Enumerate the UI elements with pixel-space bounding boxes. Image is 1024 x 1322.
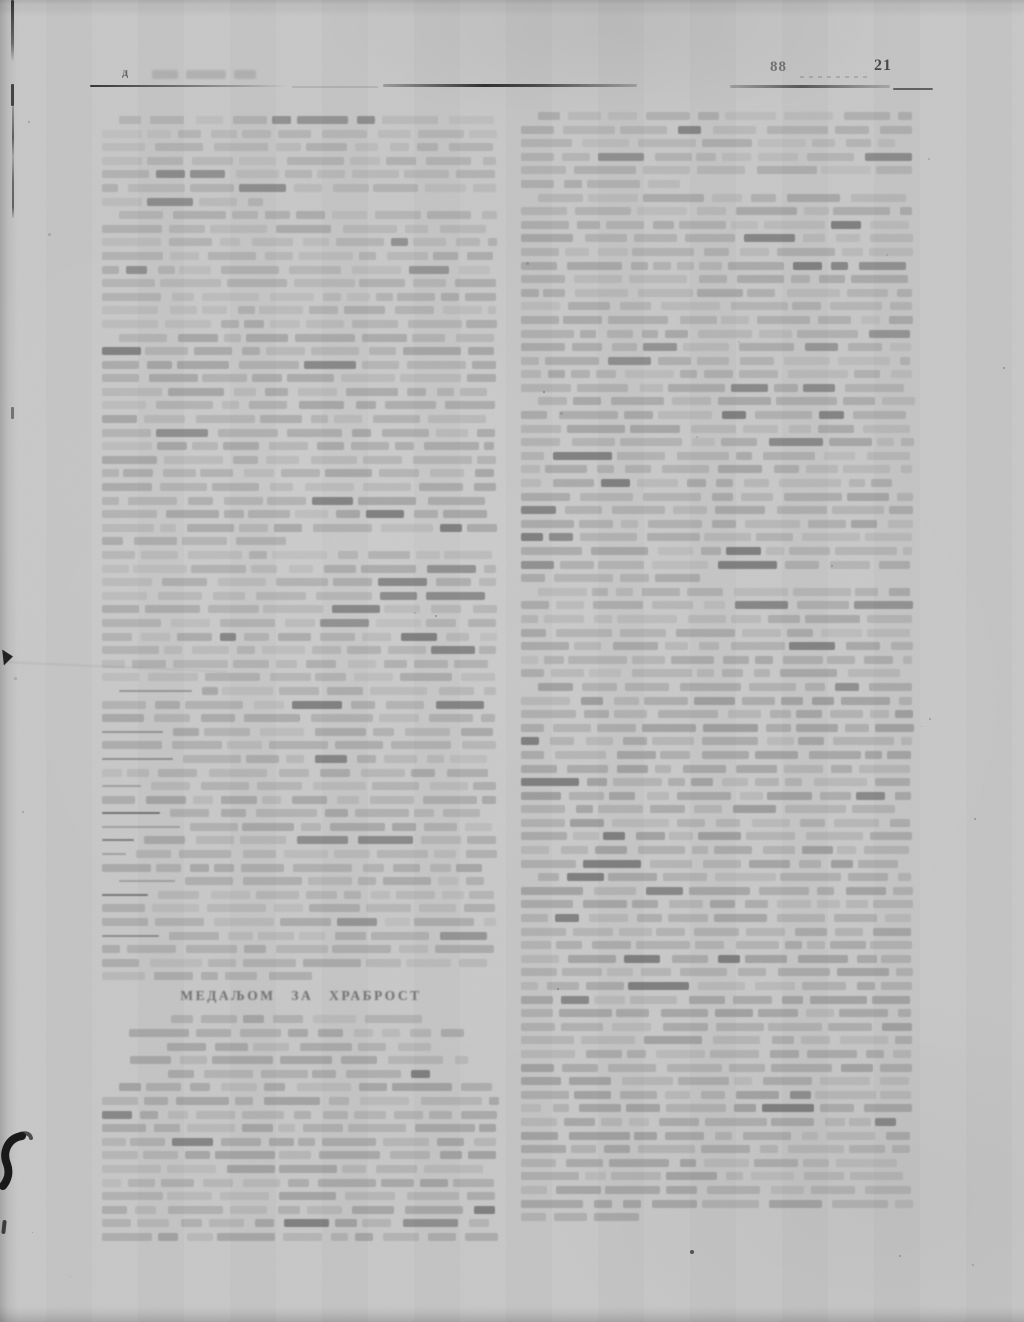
- header-page-number: 21: [874, 57, 892, 75]
- ink-hook-mark: [0, 1128, 34, 1192]
- ink-dot: [690, 1250, 694, 1254]
- faded-paragraph: [102, 116, 500, 207]
- faded-paragraph: [102, 334, 500, 547]
- header-rule-segment-3: [730, 85, 890, 88]
- faded-paragraph: [102, 877, 500, 981]
- paper-speck: [974, 818, 976, 820]
- paper-speck: [921, 726, 922, 727]
- paper-speck: [70, 1276, 71, 1277]
- faded-header-text-blob: [152, 70, 178, 79]
- faded-paragraph: [521, 194, 916, 393]
- paper-crease: [0, 7, 1024, 13]
- paper-speck: [48, 233, 51, 236]
- faded-paragraph: [102, 1083, 500, 1242]
- text-column-right: [521, 112, 916, 1227]
- header-rule-segment-1b: [292, 86, 378, 88]
- section-heading: МЕДАЉОМ ЗА ХРАБРОСТ: [102, 988, 500, 1004]
- paper-speck: [886, 254, 888, 256]
- faded-paragraph: [102, 796, 500, 873]
- faded-paragraph: [521, 683, 916, 869]
- faded-paragraph: [102, 1015, 500, 1078]
- left-edge-ink-line: [11, 0, 14, 62]
- paper-speck: [22, 811, 24, 813]
- faded-header-text-blob: [234, 70, 256, 79]
- paper-speck: [414, 612, 416, 614]
- header-rule-segment-1: [90, 85, 288, 87]
- faded-header-text-blob: [186, 70, 226, 79]
- faded-paragraph: [521, 397, 916, 583]
- faded-paragraph: [102, 687, 500, 791]
- dotted-leader: [800, 76, 870, 78]
- text-column-left: МЕДАЉОМ ЗА ХРАБРОСТ: [102, 116, 500, 1247]
- header-issue-number: 88: [770, 59, 787, 76]
- paper-speck: [928, 158, 930, 160]
- left-edge-faint-line: [12, 106, 14, 218]
- faded-paragraph: [521, 112, 916, 189]
- paper-speck: [435, 615, 437, 617]
- paper-speck: [972, 1264, 974, 1266]
- left-edge-ink-tick: [11, 84, 14, 106]
- header-volume-mark: д: [122, 65, 128, 80]
- paper-speck: [929, 718, 931, 720]
- page-number-underline: [893, 88, 933, 90]
- faded-paragraph: [521, 588, 916, 679]
- paper-speck: [28, 121, 30, 123]
- paper-speck: [1003, 367, 1005, 369]
- faded-paragraph: [521, 873, 916, 1222]
- paper-speck: [560, 412, 563, 415]
- faded-paragraph: [102, 211, 500, 329]
- paper-speck: [899, 1255, 901, 1257]
- paper-speck: [14, 677, 17, 680]
- scanned-gazette-page: д 88 21 МЕДАЉОМ ЗА ХРАБРОСТ: [0, 0, 1024, 1322]
- faded-paragraph: [102, 551, 500, 682]
- header-rule-segment-2: [383, 84, 637, 87]
- paper-speck: [32, 1232, 33, 1233]
- left-edge-small-tick: [11, 407, 14, 419]
- ink-blot-arrow: [2, 649, 14, 666]
- left-edge-ink-dash: [1, 1220, 6, 1234]
- paper-speck: [526, 262, 529, 265]
- paper-speck: [543, 391, 545, 393]
